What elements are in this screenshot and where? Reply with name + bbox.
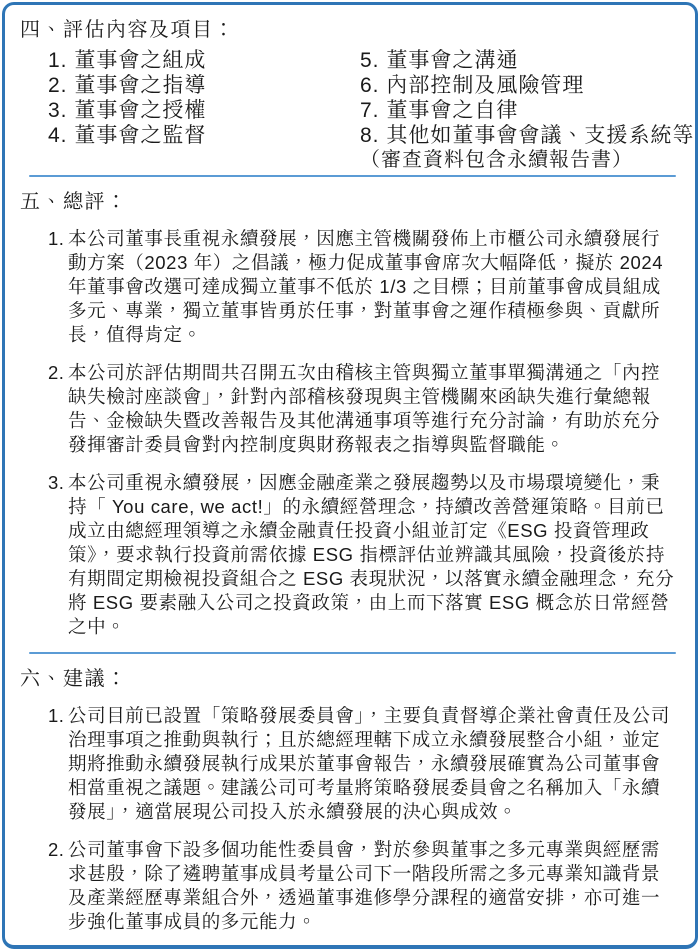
evaluation-items-columns: 1. 董事會之組成 2. 董事會之指導 3. 董事會之授權 4. 董事會之監督 … — [48, 48, 682, 173]
section-divider — [29, 652, 676, 654]
section-overall-assessment: 五、總評： 1. 本公司董事長重視永續發展，因應主管機關發佈上市櫃公司永續發展行… — [20, 190, 682, 639]
list-item: 4. 董事會之監督 — [48, 123, 360, 148]
evaluation-items-left-column: 1. 董事會之組成 2. 董事會之指導 3. 董事會之授權 4. 董事會之監督 — [48, 48, 360, 173]
list-item: 3. 董事會之授權 — [48, 98, 360, 123]
list-item: 6. 內部控制及風險管理 — [360, 73, 694, 98]
list-item: 1. 董事會之組成 — [48, 48, 360, 73]
section-suggestions: 六、建議： 1. 公司目前已設置「策略發展委員會」，主要負責督導企業社會責任及公… — [20, 667, 682, 934]
list-item: 7. 董事會之自律 — [360, 98, 694, 123]
item-number: 2. — [48, 838, 68, 934]
item-text: 公司目前已設置「策略發展委員會」，主要負責督導企業社會責任及公司治理事項之推動與… — [68, 704, 677, 824]
section-evaluation-items: 四、評估內容及項目： 1. 董事會之組成 2. 董事會之指導 3. 董事會之授權… — [20, 18, 682, 173]
item-number: 1. — [48, 704, 68, 824]
item-text: 公司董事會下設多個功能性委員會，對於參與董事之多元專業與經歷需求甚殷，除了遴聘董… — [68, 838, 677, 934]
suggestion-item-2: 2. 公司董事會下設多個功能性委員會，對於參與董事之多元專業與經歷需求甚殷，除了… — [48, 838, 677, 934]
list-item: 8. 其他如董事會會議、支援系統等 — [360, 123, 694, 148]
list-item: 2. 董事會之指導 — [48, 73, 360, 98]
suggestion-item-1: 1. 公司目前已設置「策略發展委員會」，主要負責督導企業社會責任及公司治理事項之… — [48, 704, 677, 824]
overall-item-1: 1. 本公司董事長重視永續發展，因應主管機關發佈上市櫃公司永續發展行動方案（20… — [48, 227, 677, 347]
section-divider — [29, 175, 676, 177]
document-frame: 四、評估內容及項目： 1. 董事會之組成 2. 董事會之指導 3. 董事會之授權… — [2, 2, 698, 949]
item-number: 3. — [48, 471, 68, 639]
item-number: 2. — [48, 361, 68, 457]
list-item: 5. 董事會之溝通 — [360, 48, 694, 73]
item-text: 本公司於評估期間共召開五次由稽核主管與獨立董事單獨溝通之「內控缺失檢討座談會」，… — [68, 361, 677, 457]
overall-item-3: 3. 本公司重視永續發展，因應金融產業之發展趨勢以及市場環境變化，秉持「 You… — [48, 471, 677, 639]
item-number: 1. — [48, 227, 68, 347]
item-text: 本公司重視永續發展，因應金融產業之發展趨勢以及市場環境變化，秉持「 You ca… — [68, 471, 677, 639]
section-overall-title: 五、總評： — [20, 190, 682, 215]
overall-item-2: 2. 本公司於評估期間共召開五次由稽核主管與獨立董事單獨溝通之「內控缺失檢討座談… — [48, 361, 677, 457]
section-suggestions-title: 六、建議： — [20, 667, 682, 692]
item-text: 本公司董事長重視永續發展，因應主管機關發佈上市櫃公司永續發展行動方案（2023 … — [68, 227, 677, 347]
evaluation-items-right-column: 5. 董事會之溝通 6. 內部控制及風險管理 7. 董事會之自律 8. 其他如董… — [360, 48, 694, 173]
review-data-note: （審查資料包含永續報告書） — [360, 148, 694, 173]
section-evaluation-title: 四、評估內容及項目： — [20, 18, 682, 43]
report-page: 四、評估內容及項目： 1. 董事會之組成 2. 董事會之指導 3. 董事會之授權… — [0, 0, 700, 951]
